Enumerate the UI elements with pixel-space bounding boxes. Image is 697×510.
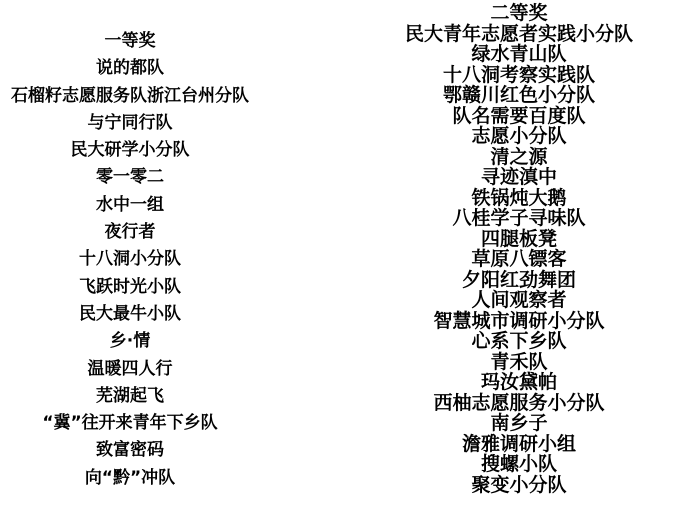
team-name: 四腿板凳 <box>377 229 661 250</box>
team-name: 智慧城市调研小分队 <box>377 311 661 332</box>
team-name: “冀”往开来青年下乡队 <box>10 410 250 437</box>
team-name: 人间观察者 <box>377 290 661 311</box>
team-name: 南乡子 <box>377 413 661 434</box>
team-name: 绿水青山队 <box>377 44 661 65</box>
team-name: 石榴籽志愿服务队浙江台州分队 <box>10 83 250 110</box>
team-name: 十八洞考察实践队 <box>377 65 661 86</box>
team-name: 八桂学子寻味队 <box>377 208 661 229</box>
team-name: 与宁同行队 <box>10 110 250 137</box>
team-name: 芜湖起飞 <box>10 383 250 410</box>
team-name: 民大最牛小队 <box>10 301 250 328</box>
team-name: 致富密码 <box>10 437 250 464</box>
team-name: 说的都队 <box>10 55 250 82</box>
team-name: 心系下乡队 <box>377 331 661 352</box>
team-name: 搜螺小队 <box>377 454 661 475</box>
team-name: 夜行者 <box>10 219 250 246</box>
team-name: 飞跃时光小队 <box>10 274 250 301</box>
team-name: 西柚志愿服务小分队 <box>377 393 661 414</box>
team-name: 鄂赣川红色小分队 <box>377 85 661 106</box>
team-name: 夕阳红劲舞团 <box>377 270 661 291</box>
team-name: 草原八镖客 <box>377 249 661 270</box>
team-name: 铁锅炖大鹅 <box>377 188 661 209</box>
team-name: 温暖四人行 <box>10 356 250 383</box>
team-name: 向“黔”冲队 <box>10 465 250 492</box>
second-prize-team-list: 民大青年志愿者实践小分队绿水青山队十八洞考察实践队鄂赣川红色小分队队名需要百度队… <box>377 24 661 496</box>
team-name: 寻迹滇中 <box>377 167 661 188</box>
second-prize-heading: 二等奖 <box>377 3 661 24</box>
team-name: 清之源 <box>377 147 661 168</box>
first-prize-column: 一等奖 说的都队石榴籽志愿服务队浙江台州分队与宁同行队民大研学小分队零一零二水中… <box>10 28 250 492</box>
first-prize-team-list: 说的都队石榴籽志愿服务队浙江台州分队与宁同行队民大研学小分队零一零二水中一组夜行… <box>10 55 250 492</box>
team-name: 志愿小分队 <box>377 126 661 147</box>
team-name: 玛汝黛帕 <box>377 372 661 393</box>
second-prize-column: 二等奖 民大青年志愿者实践小分队绿水青山队十八洞考察实践队鄂赣川红色小分队队名需… <box>377 3 661 495</box>
team-name: 水中一组 <box>10 192 250 219</box>
team-name: 十八洞小分队 <box>10 246 250 273</box>
team-name: 民大青年志愿者实践小分队 <box>377 24 661 45</box>
first-prize-heading: 一等奖 <box>10 28 250 55</box>
team-name: 澹雅调研小组 <box>377 434 661 455</box>
team-name: 青禾队 <box>377 352 661 373</box>
team-name: 零一零二 <box>10 164 250 191</box>
team-name: 聚变小分队 <box>377 475 661 496</box>
team-name: 乡·情 <box>10 328 250 355</box>
team-name: 队名需要百度队 <box>377 106 661 127</box>
team-name: 民大研学小分队 <box>10 137 250 164</box>
